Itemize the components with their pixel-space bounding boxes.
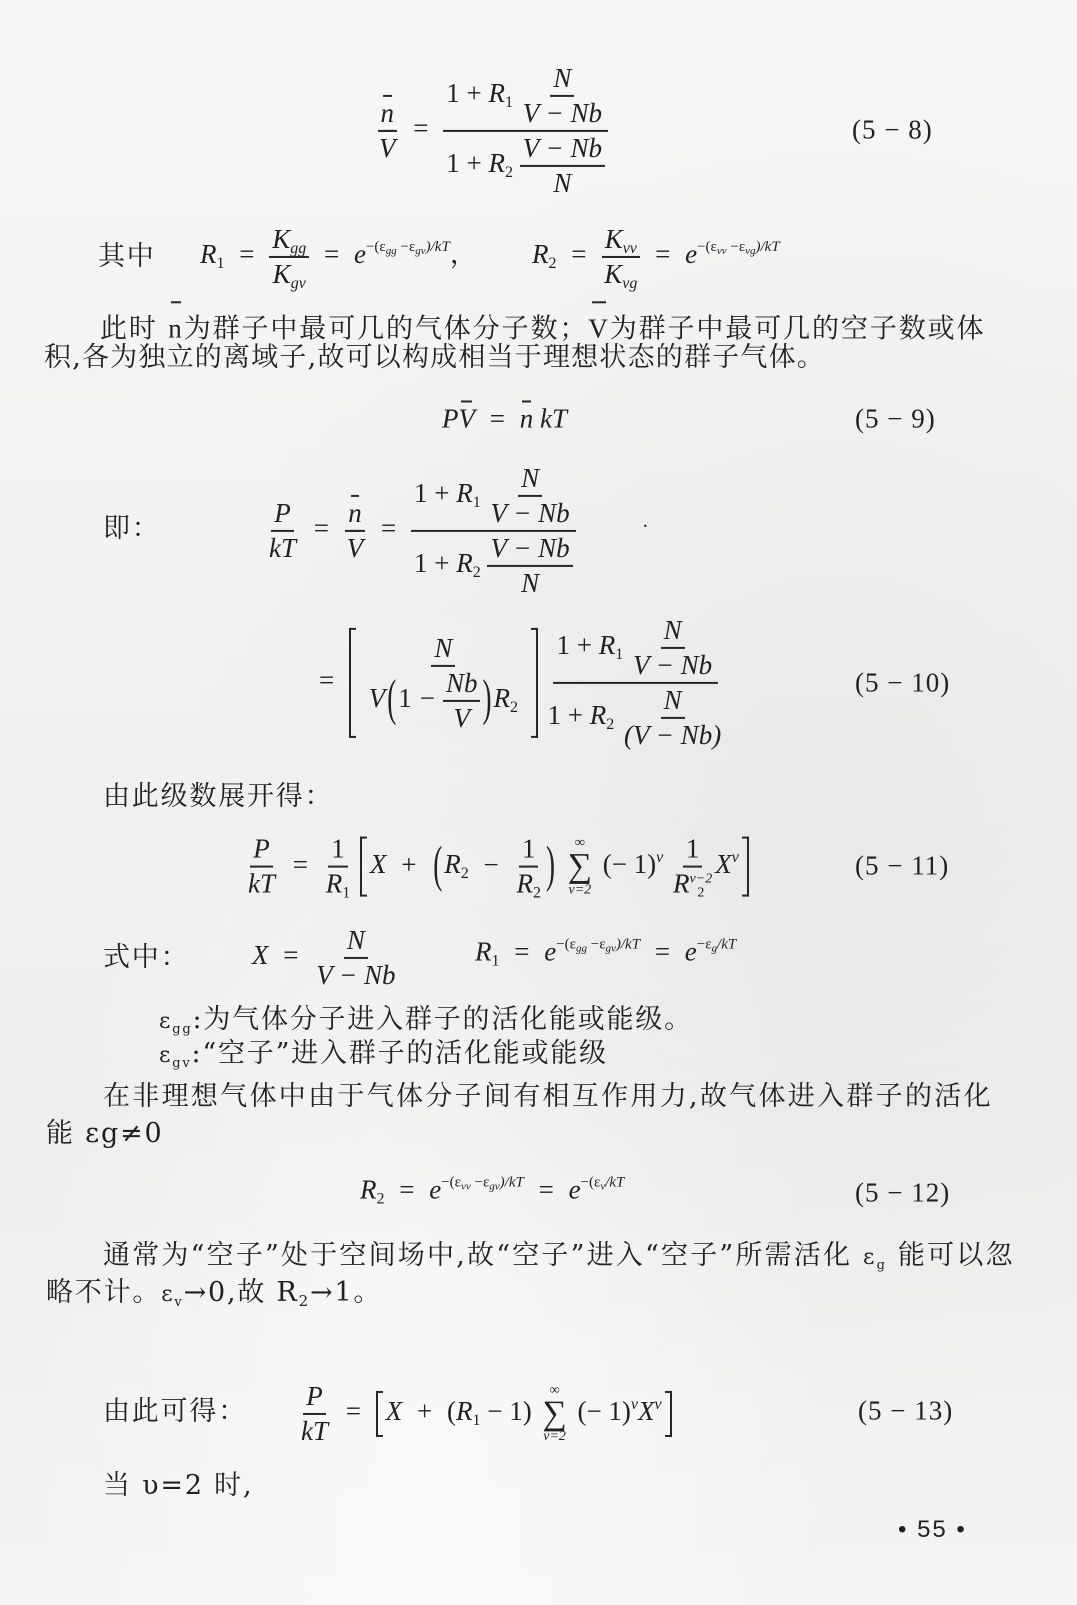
right-paren: ) [482, 669, 491, 728]
x-variable: X [715, 849, 732, 879]
superscript: ν−2 [690, 872, 713, 886]
equals-sign: = [539, 1174, 554, 1204]
fraction-denominator: kT [298, 1415, 331, 1447]
where-label: 其中 [98, 241, 156, 273]
equation-5-13: PkT = X + (R1 − 1) ∞∑ν=2 (− 1)νXν [298, 1381, 672, 1447]
equation-5-12: R2 = e−(εvv −εgv)/kT = e−(εv/kT [360, 1174, 624, 1205]
r-variable: R [200, 239, 217, 269]
exp-base: e [685, 239, 697, 269]
epsilon-symbol: ε [863, 1245, 877, 1270]
subscript: 1 [615, 646, 623, 663]
fraction-numerator: 1 + R1 NV − Nb [553, 615, 718, 684]
equals-sign: = [346, 1396, 361, 1426]
r1-exponential: R1 = e−(εgg −εgv)/kT = e−εg/kT [475, 936, 736, 967]
exp-part: −(ε [441, 1174, 461, 1190]
x-variable: X [370, 849, 387, 879]
p-over-kt-fraction: PkT [298, 1381, 331, 1447]
inner-fraction: NV − Nb [487, 463, 572, 529]
text-run: 略不计。 [46, 1277, 161, 1308]
fraction-denominator: 1 + R2 V − NbN [411, 532, 576, 599]
r-variable: R [673, 869, 690, 899]
n-bar: n [520, 403, 534, 434]
exp-part: )/kT [756, 239, 780, 255]
fraction-numerator: 1 + R1 NV − Nb [443, 63, 608, 132]
fraction-numerator: N [344, 925, 368, 959]
one-over-r1-fraction: 1R1 [323, 834, 354, 900]
exp-subscript: vv [461, 1180, 471, 1192]
exp-subscript: gg [576, 942, 587, 954]
minus-one: − 1 [480, 1396, 522, 1426]
r-variable: R [488, 78, 505, 108]
fraction-numerator: P [250, 834, 273, 868]
r-variable: R [456, 1396, 473, 1426]
left-paren: ( [387, 669, 396, 728]
left-bracket-icon [349, 628, 356, 738]
definition-epsilon-gg: εgg:为气体分子进入群子的活化能或能级。 [159, 1004, 693, 1036]
inner-numerator: V − Nb [520, 133, 605, 167]
fraction-numerator: Kvv [602, 224, 640, 258]
negative-one: (− 1) [603, 849, 656, 879]
exp-part: −ε [471, 1174, 490, 1190]
k-variable: K [604, 259, 622, 289]
subscript: gv [291, 275, 306, 292]
fraction-denominator: 1 + R2 N(V − Nb) [544, 684, 727, 751]
exp-base: e [354, 239, 366, 269]
fraction-numerator: Kgg [269, 224, 309, 258]
definition-epsilon-gv: εgv:“空子”进入群子的活化能或能级 [159, 1038, 608, 1070]
fraction-numerator: 1 + R1 NV − Nb [411, 463, 576, 532]
exponent: −εg/kT [697, 936, 736, 952]
text-run: 能可以忽 [887, 1240, 1015, 1271]
subscript: 2 [533, 885, 541, 902]
paragraph-2: 由此级数展开得： [103, 781, 333, 813]
subscript: gv [172, 1056, 191, 1071]
equation-5-11: PkT = 1R1 X + (R2 − 1R2) ∞∑ν=2 (− 1)ν 1R… [245, 834, 749, 901]
exp-part: −ε [697, 936, 712, 952]
subscript: 1 [473, 494, 481, 511]
equals-sign: = [239, 239, 254, 269]
subscript: vg [622, 275, 637, 292]
lead-term: 1 + [414, 548, 456, 578]
exp-subscript: gv [415, 245, 425, 257]
exponent: −(εv/kT [581, 1174, 625, 1190]
n-bar: n [381, 98, 395, 129]
fraction-numerator: P [271, 498, 294, 532]
exp-subscript: gv [489, 1180, 499, 1192]
lead-term: 1 + [556, 630, 598, 660]
left-paren: ( [447, 1396, 456, 1426]
text-run: 为群子中最可几的气体分子数； [184, 313, 589, 344]
exponent: −(εgg −εgv)/kT [556, 936, 640, 952]
subscript: 2 [461, 865, 469, 882]
one-over-r2-fraction: 1R2 [513, 834, 544, 900]
summation: ∞∑ν=2 [542, 1384, 566, 1444]
trailing-mark: · [642, 516, 649, 539]
equation-5-8: n V = 1 + R1 NV − Nb 1 + R2 V − NbN [376, 63, 608, 199]
subscript: gg [290, 240, 306, 257]
exponent: −(εgg −εgv)/kT [366, 239, 450, 255]
fraction-denominator: Kvg [601, 258, 640, 290]
plus-sign: + [401, 849, 416, 879]
inner-numerator: N [661, 685, 685, 719]
right-bracket-icon [742, 837, 749, 897]
lead-term: 1 + [446, 148, 488, 178]
v-bar: V [588, 312, 609, 344]
r-variable: R [475, 936, 492, 966]
exp-part: −(ε [697, 239, 717, 255]
fraction-denominator: V [344, 532, 367, 564]
text-run: →1。 [310, 1277, 382, 1308]
r-variable: R [326, 869, 343, 899]
inner-fraction: NV − Nb [630, 615, 715, 681]
paragraph-4-line-2: 略不计。εv→0,故 R2→1。 [46, 1277, 382, 1309]
sigma-icon: ∑ [542, 1398, 566, 1430]
v-bar: V [459, 403, 476, 434]
equals-sign: = [283, 940, 298, 970]
r-variable: R [599, 630, 616, 660]
paragraph-1-line-2: 积,各为独立的离域子,故可以构成相当于理想状态的群子气体。 [44, 342, 825, 374]
fraction-denominator: R1 [323, 868, 354, 900]
definition-text: :“空子”进入群子的活化能或能级 [191, 1038, 608, 1069]
exp-base: e [429, 1174, 441, 1204]
subscript: 2 [377, 1190, 385, 1207]
text-run: →0,故 R [184, 1277, 299, 1308]
exp-base: e [685, 936, 697, 966]
sum-lower-limit: ν=2 [568, 883, 591, 897]
paragraph-1-line-1: 此时 n为群子中最可几的气体分子数；V为群子中最可几的空子数或体 [100, 312, 985, 345]
text-run: 此时 [100, 313, 168, 344]
sum-lower-limit: ν=2 [543, 1430, 566, 1444]
bracket-fraction: N V(1−NbV)R2 [366, 632, 521, 733]
text-run: 通常为“空子”处于空间场中,故“空子”进入“空子”所需活化 [103, 1240, 863, 1271]
equals-sign: = [381, 513, 396, 543]
inner-denominator: V − Nb [630, 649, 715, 681]
hence-label: 由此可得： [103, 1396, 247, 1428]
exponent: −(εvv −εgv)/kT [441, 1174, 524, 1190]
left-bracket-icon [360, 837, 367, 897]
fraction-denominator: V − Nb [313, 959, 398, 991]
inner-numerator: V − Nb [487, 533, 572, 567]
fraction-numerator: N [431, 632, 455, 666]
right-bracket-icon [531, 628, 538, 738]
inner-denominator: V − Nb [520, 97, 605, 129]
equals-sign: = [399, 1174, 414, 1204]
r-variable: R [488, 148, 505, 178]
exp-part: −(ε [556, 936, 576, 952]
fraction-denominator: kT [245, 868, 278, 900]
equals-sign: = [314, 513, 329, 543]
r1-definition: R1 = Kgg Kgv = e−(εgg −εgv)/kT， [200, 224, 477, 290]
k-variable: K [605, 224, 623, 254]
subscript: 1 [217, 255, 225, 272]
p-over-kt-fraction: PkT [245, 834, 278, 900]
x-variable: X [252, 940, 269, 970]
equals-sign: = [490, 403, 505, 433]
inner-denominator: V [450, 702, 473, 734]
exp-part: /kT [717, 936, 736, 952]
exponent: −(εvv −εvg)/kT [697, 239, 780, 255]
nb-over-v-fraction: NbV [443, 667, 481, 733]
equation-label: (5 − 12) [855, 1178, 950, 1209]
superscript: ν [732, 849, 739, 866]
exp-subscript: vg [745, 245, 755, 257]
r-variable: R [493, 683, 510, 713]
subscript: 2 [690, 886, 713, 900]
paragraph-4-line-1: 通常为“空子”处于空间场中,故“空子”进入“空子”所需活化 εg 能可以忽 [103, 1240, 1015, 1272]
fraction-numerator: n [378, 98, 398, 132]
equals-sign: = [571, 239, 586, 269]
subscript: 1 [342, 885, 350, 902]
exp-base: e [544, 936, 556, 966]
subscript: 2 [606, 716, 614, 733]
subscript: gg [172, 1022, 192, 1037]
equation-label: (5 − 13) [858, 1396, 953, 1427]
inner-denominator: V − Nb [487, 497, 572, 529]
equals-sign: = [413, 113, 428, 143]
equation-label: (5 − 11) [855, 851, 949, 882]
v-variable: V [369, 683, 386, 713]
lead-term: 1 + [547, 700, 589, 730]
epsilon-symbol: ε [161, 1282, 174, 1307]
subscript: 1 [492, 952, 500, 969]
n-over-v-fraction: n V [376, 98, 399, 164]
k-ratio-fraction: Kvv Kvg [601, 224, 640, 290]
subscript: 2 [473, 564, 481, 581]
lead-term: 1 + [446, 78, 488, 108]
n-bar: n [348, 498, 362, 529]
x-definition: X = NV − Nb [252, 925, 398, 991]
r-variable: R [532, 239, 549, 269]
paragraph-5: 当 υ=2 时, [103, 1470, 253, 1502]
superscript: ν [655, 1396, 662, 1413]
r-variable: R [456, 478, 473, 508]
k-ratio-fraction: Kgg Kgv [269, 224, 309, 290]
minus-sign: − [420, 683, 435, 713]
summation: ∞∑ν=2 [568, 837, 592, 897]
equation-5-9: PV = n kT [442, 403, 567, 434]
sigma-icon: ∑ [568, 851, 592, 883]
definition-text: :为气体分子进入群子的活化能或能级。 [192, 1004, 693, 1035]
p-variable: P [442, 403, 459, 433]
r-variable: R [444, 849, 461, 879]
k-variable: K [272, 224, 290, 254]
inner-fraction: N(V − Nb) [621, 685, 724, 751]
inner-numerator: N [518, 463, 542, 497]
right-bracket-icon [665, 1391, 672, 1437]
exp-part: /kT [605, 1174, 624, 1190]
right-paren: ) [523, 1396, 532, 1426]
x-variable: X [638, 1396, 655, 1426]
n-over-v-fraction: n V [344, 498, 367, 564]
exp-part: −ε [397, 239, 416, 255]
paragraph-3-line-1: 在非理想气体中由于气体分子间有相互作用力,故气体进入群子的活化 [103, 1081, 993, 1113]
superscript: ν [631, 1396, 638, 1413]
compound-fraction: 1 + R1 NV − Nb 1 + R2 V − NbN [443, 63, 608, 199]
inner-fraction: NV − Nb [520, 63, 605, 129]
equation-5-10: = N V(1−NbV)R2 1 + R1 NV − Nb 1 + R2 N(V… [319, 615, 727, 751]
equals-sign: = [655, 239, 670, 269]
r-variable: R [590, 700, 607, 730]
fraction-denominator: Kgv [270, 258, 309, 290]
fraction-numerator: P [303, 1381, 326, 1415]
subscript: 1 [505, 94, 513, 111]
right-paren: ) [546, 835, 555, 894]
n-bar: n [168, 312, 183, 344]
r-variable: R [456, 548, 473, 578]
r-variable: R [360, 1174, 377, 1204]
fraction-denominator: V [376, 132, 399, 164]
exp-subscript: gv [606, 942, 616, 954]
paragraph-3-line-2: 能 εg≠0 [46, 1118, 163, 1150]
fraction-denominator: R2 [513, 868, 544, 900]
equals-sign: = [293, 849, 308, 879]
inner-numerator: Nb [443, 667, 481, 701]
epsilon-symbol: ε [159, 1009, 172, 1034]
compound-fraction: 1 + R1 NV − Nb 1 + R2 V − NbN [411, 463, 576, 599]
fraction-denominator: 1 + R2 V − NbN [443, 132, 608, 199]
inner-numerator: N [661, 615, 685, 649]
subscript: 2 [510, 699, 518, 716]
exp-base: e [569, 1174, 581, 1204]
plus-sign: + [417, 1396, 432, 1426]
exp-part: −(ε [581, 1174, 601, 1190]
negative-one: (− 1) [577, 1396, 630, 1426]
page-number: • 55 • [898, 1516, 967, 1544]
v-bar: V [379, 133, 396, 164]
superscript: ν [656, 849, 663, 866]
equals-sign: = [319, 665, 334, 695]
exp-part: )/kT [616, 936, 640, 952]
fraction-numerator: 1 [519, 834, 539, 868]
equation-ji: PkT = n V = 1 + R1 NV − Nb 1 + R2 V − Nb… [266, 463, 576, 599]
exp-subscript: vv [717, 245, 727, 257]
equals-sign: = [514, 936, 529, 966]
subscript: 2 [549, 255, 557, 272]
subscript: vv [623, 240, 637, 257]
minus-sign: − [483, 849, 498, 879]
r2-definition: R2 = Kvv Kvg = e−(εvv −εvg)/kT [532, 224, 780, 290]
inner-denominator: N [518, 567, 542, 599]
sub-sup-stack: ν−22 [690, 872, 713, 900]
r-variable: R [516, 869, 533, 899]
compound-fraction: 1 + R1 NV − Nb 1 + R2 N(V − Nb) [544, 615, 727, 751]
fraction-numerator: n [345, 498, 365, 532]
ji-label: 即： [103, 513, 161, 545]
fraction-numerator: 1 [328, 834, 348, 868]
equation-label: (5 − 10) [855, 668, 950, 699]
fraction-denominator: kT [266, 532, 299, 564]
k-variable: K [273, 259, 291, 289]
equals-sign: = [655, 936, 670, 966]
p-over-kt-fraction: PkT [266, 498, 299, 564]
exp-part: −(ε [366, 239, 386, 255]
subscript: g [877, 1258, 888, 1273]
inner-denominator: (V − Nb) [621, 719, 724, 751]
comma: ， [450, 239, 477, 269]
subscript: 2 [299, 1292, 310, 1310]
kt-term: kT [540, 403, 567, 433]
left-paren: ( [433, 835, 442, 894]
equation-label: (5 − 8) [852, 115, 933, 146]
v-bar: V [347, 533, 364, 564]
exp-part: )/kT [500, 1174, 524, 1190]
fraction-denominator: V(1−NbV)R2 [366, 666, 521, 733]
inner-fraction: V − NbN [487, 533, 572, 599]
x-fraction: NV − Nb [313, 925, 398, 991]
one: 1 [398, 683, 412, 713]
exp-part: −ε [727, 239, 746, 255]
text-run: 为群子中最可几的空子数或体 [610, 313, 986, 344]
lead-term: 1 + [414, 478, 456, 508]
fraction-numerator: 1 [683, 834, 703, 868]
equals-sign: = [324, 239, 339, 269]
epsilon-symbol: ε [159, 1043, 172, 1068]
one-over-r2-power-fraction: 1Rν−22 [670, 834, 715, 901]
where-label: 式中： [103, 942, 189, 974]
inner-numerator: N [550, 63, 574, 97]
exp-part: )/kT [426, 239, 450, 255]
exp-subscript: gg [386, 245, 397, 257]
inner-denominator: N [550, 167, 574, 199]
subscript: 2 [505, 164, 513, 181]
subscript: v [174, 1295, 183, 1310]
left-bracket-icon [376, 1391, 383, 1437]
inner-fraction: V − NbN [520, 133, 605, 199]
exp-part: −ε [587, 936, 606, 952]
fraction-denominator: Rν−22 [670, 868, 715, 901]
equation-label: (5 − 9) [855, 404, 936, 435]
x-variable: X [386, 1396, 403, 1426]
